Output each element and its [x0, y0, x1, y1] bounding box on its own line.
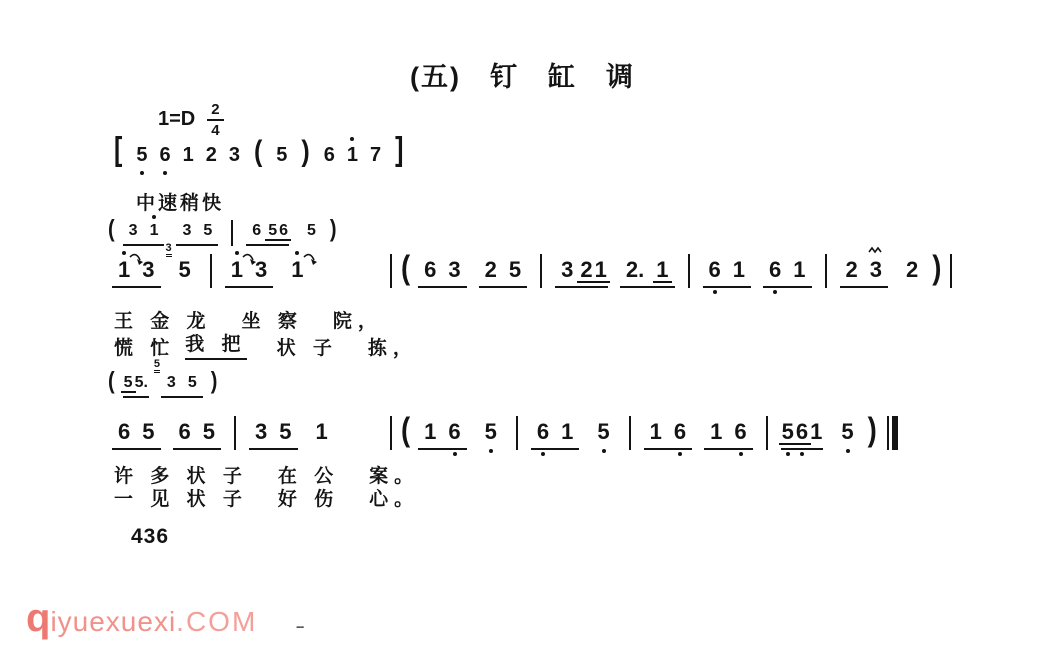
barline [688, 254, 690, 288]
jianpu-note: 1 [424, 421, 436, 443]
sixteenth-beam [276, 239, 291, 241]
note-group: 61 [763, 259, 812, 288]
barline [516, 416, 518, 450]
barline [390, 254, 392, 288]
barline [825, 254, 827, 288]
sixteenth-beam [653, 281, 671, 283]
grace-note: 3 [166, 242, 172, 257]
jianpu-note: 5 [203, 421, 215, 443]
final-barline [887, 416, 898, 450]
note-group: 55. [123, 375, 149, 398]
barline [766, 416, 768, 450]
note-group: 63 [418, 259, 467, 288]
system1-melody-right: (63253212.16161232) [383, 254, 959, 288]
barline [210, 254, 212, 288]
jianpu-note: 5 [509, 259, 521, 281]
jianpu-note: 3 [448, 259, 460, 281]
note-group: 5 [835, 421, 859, 450]
jianpu-note: 1 [347, 145, 358, 165]
jianpu-note: 6 [674, 421, 686, 443]
paren: ) [211, 369, 218, 398]
lyric-segment: 状 子 [277, 333, 338, 360]
note-group: 617 [318, 145, 387, 172]
paren: ) [932, 250, 941, 288]
watermark: qiyuexuexi.COM [26, 598, 257, 638]
barline [629, 416, 631, 450]
lyrics-line-2: 慌 忙我 把状 子拣， [114, 329, 418, 360]
octave-dot-above [295, 251, 299, 255]
note-group: 23 [840, 259, 889, 288]
note-group: 13 [225, 259, 274, 288]
jianpu-note: 6 [252, 223, 261, 239]
jianpu-note: 5 [485, 421, 497, 443]
note-group: 31 [123, 223, 165, 246]
jianpu-note: 1 [118, 259, 130, 281]
note-group: 5 [591, 421, 615, 450]
jianpu-note: 6 [159, 145, 170, 165]
note-group: 321 [555, 259, 608, 288]
vocal-range: [56123(5)617] [112, 143, 405, 172]
note-group: 16 [704, 421, 753, 450]
final-barline-thick [892, 416, 898, 450]
note-group: 65 [173, 421, 222, 450]
jianpu-note: 1 [733, 259, 745, 281]
jianpu-note: 1 [710, 421, 722, 443]
note-group: 25 [479, 259, 528, 288]
octave-dot-above [122, 251, 126, 255]
jianpu-note: 1 [231, 259, 243, 281]
octave-dot-below [846, 449, 850, 453]
note-group: 61 [531, 421, 580, 450]
jianpu-note: 1 [650, 421, 662, 443]
system1-intro-notes: (31356565) [106, 220, 339, 246]
barline [234, 416, 236, 450]
note-group: 65 [112, 421, 161, 450]
octave-dot-below [739, 452, 743, 456]
jianpu-note: 5. [135, 375, 148, 391]
jianpu-note: 6 [279, 223, 288, 239]
paren: ( [401, 412, 410, 450]
time-signature-numerator: 2 [207, 101, 223, 121]
jianpu-note: 1 [810, 421, 822, 443]
jianpu-note: 6 [769, 259, 781, 281]
note-group: 61 [703, 259, 752, 288]
jianpu-note: 1 [183, 145, 194, 165]
paren: ( [254, 137, 262, 172]
jianpu-note: 2. [626, 259, 644, 281]
note-group: 2.1 [620, 259, 675, 288]
jianpu-note: 3 [182, 223, 191, 239]
jianpu-note: 1 [316, 421, 328, 443]
jianpu-note: 3 [229, 145, 240, 165]
jianpu-note: 3 [255, 259, 267, 281]
score-page: (五) 钉 缸 调 1=D 2 4 [56123(5)617] 中速稍快 (31… [0, 0, 1064, 655]
paren: ) [301, 137, 309, 172]
jianpu-note: 5 [203, 223, 212, 239]
watermark-suffix: .COM [176, 606, 257, 638]
jianpu-note: 5 [841, 421, 853, 443]
print-artifact-dash: -- [296, 618, 303, 634]
sixteenth-beam [121, 391, 136, 393]
lyrics-line-4: 一 见 状 子好 伤心。 [114, 484, 419, 511]
jianpu-note: 1 [561, 421, 573, 443]
jianpu-note: 2 [846, 259, 858, 281]
note-group: 5 [270, 145, 293, 172]
jianpu-note: 6 [448, 421, 460, 443]
jianpu-note: 3 [870, 259, 882, 281]
paren: ( [401, 250, 410, 288]
jianpu-note: 6 [537, 421, 549, 443]
barline [950, 254, 952, 288]
note-group: 13 [112, 259, 161, 288]
note-group: 5 [479, 421, 503, 450]
sixteenth-beam [793, 443, 811, 445]
jianpu-note: 5 [307, 223, 316, 239]
note-group: 1 [285, 259, 309, 288]
octave-dot-below [786, 452, 790, 456]
lyric-segment: 慌 忙 [114, 333, 175, 360]
note-group: 561 [781, 421, 824, 450]
paren: ( [108, 217, 115, 246]
jianpu-note: 3 [561, 259, 573, 281]
note-group: 5 [301, 223, 322, 246]
system2-melody-left: 6565351 [106, 416, 340, 450]
octave-dot-below [489, 449, 493, 453]
system1-melody-left: 1353131 [106, 254, 316, 288]
jianpu-note: 53 [179, 259, 191, 281]
jianpu-note: 6 [734, 421, 746, 443]
jianpu-note: 1 [150, 223, 159, 239]
jianpu-note: 5 [142, 421, 154, 443]
time-signature: 2 4 [207, 101, 223, 138]
paren: ) [330, 217, 337, 246]
trill-icon [868, 246, 884, 254]
jianpu-note: 5 [279, 421, 291, 443]
key-signature: 1=D 2 4 [158, 101, 224, 138]
grace-note: 5 [154, 358, 160, 373]
jianpu-note: 3 [255, 421, 267, 443]
octave-dot-below [800, 452, 804, 456]
jianpu-note: 5 [188, 375, 197, 391]
note-group: 355 [161, 375, 203, 398]
octave-dot-below [453, 452, 457, 456]
final-barline-thin [887, 416, 889, 450]
lyric-segment: 心。 [369, 484, 419, 511]
note-group: 56123 [130, 145, 246, 172]
jianpu-note: 6 [709, 259, 721, 281]
jianpu-note: 2 [485, 259, 497, 281]
note-group: 53 [173, 259, 197, 288]
jianpu-note: 35 [167, 375, 176, 391]
paren: ( [108, 369, 115, 398]
jianpu-note: 1 [793, 259, 805, 281]
note-group: 656 [246, 223, 289, 246]
lyric-segment: 好 伤 [278, 484, 339, 511]
jianpu-note: 2 [580, 259, 592, 281]
lyric-segment: 我 把 [185, 329, 246, 360]
watermark-initial: q [26, 598, 50, 638]
jianpu-note: 1 [291, 259, 303, 281]
jianpu-note: 2 [206, 145, 217, 165]
jianpu-note: 5 [136, 145, 147, 165]
system2-intro-notes: (55.355) [106, 374, 219, 398]
tempo-marking: 中速稍快 [136, 188, 224, 215]
jianpu-note: 5 [782, 421, 794, 443]
jianpu-note: 6 [179, 421, 191, 443]
barline [390, 416, 392, 450]
octave-dot-below [140, 171, 144, 175]
jianpu-note: 7 [370, 145, 381, 165]
lyric-segment: 一 见 状 子 [114, 484, 248, 511]
jianpu-note: 1 [656, 259, 668, 281]
note-group: 16 [418, 421, 467, 450]
system2-melody-right: (16561516165615) [383, 416, 900, 450]
jianpu-note: 3 [142, 259, 154, 281]
jianpu-note: 2 [906, 259, 918, 281]
jianpu-note: 6 [796, 421, 808, 443]
jianpu-note: 6 [118, 421, 130, 443]
key-tonic: 1=D [158, 108, 195, 131]
note-group: 16 [644, 421, 693, 450]
sixteenth-beam [592, 281, 610, 283]
octave-dot-below [163, 171, 167, 175]
jianpu-note: 6 [324, 145, 335, 165]
jianpu-note: 5 [276, 145, 287, 165]
jianpu-note: 6 [424, 259, 436, 281]
slide-down-icon [303, 252, 319, 266]
octave-dot-above [235, 251, 239, 255]
octave-dot-above [152, 215, 156, 219]
watermark-body: iyuexuexi [50, 606, 176, 638]
jianpu-note: 5 [268, 223, 277, 239]
paren: ) [868, 412, 877, 450]
octave-dot-below [602, 449, 606, 453]
octave-dot-above [350, 137, 354, 141]
jianpu-note: 5 [124, 375, 133, 391]
note-group: 2 [900, 259, 924, 288]
octave-dot-below [773, 290, 777, 294]
octave-dot-below [541, 452, 545, 456]
barline [231, 220, 233, 246]
range-bracket: [ [114, 133, 122, 172]
octave-dot-below [713, 290, 717, 294]
note-group: 35 [176, 223, 218, 246]
jianpu-note: 1 [595, 259, 607, 281]
note-group: 1 [310, 421, 334, 450]
jianpu-note: 5 [597, 421, 609, 443]
range-bracket: ] [395, 133, 403, 172]
lyric-segment: 拣， [368, 333, 418, 360]
jianpu-note: 3 [129, 223, 138, 239]
page-title: (五) 钉 缸 调 [410, 55, 635, 94]
barline [540, 254, 542, 288]
time-signature-denominator: 4 [207, 121, 223, 138]
page-number: 436 [131, 525, 169, 549]
note-group: 35 [249, 421, 298, 450]
octave-dot-below [678, 452, 682, 456]
